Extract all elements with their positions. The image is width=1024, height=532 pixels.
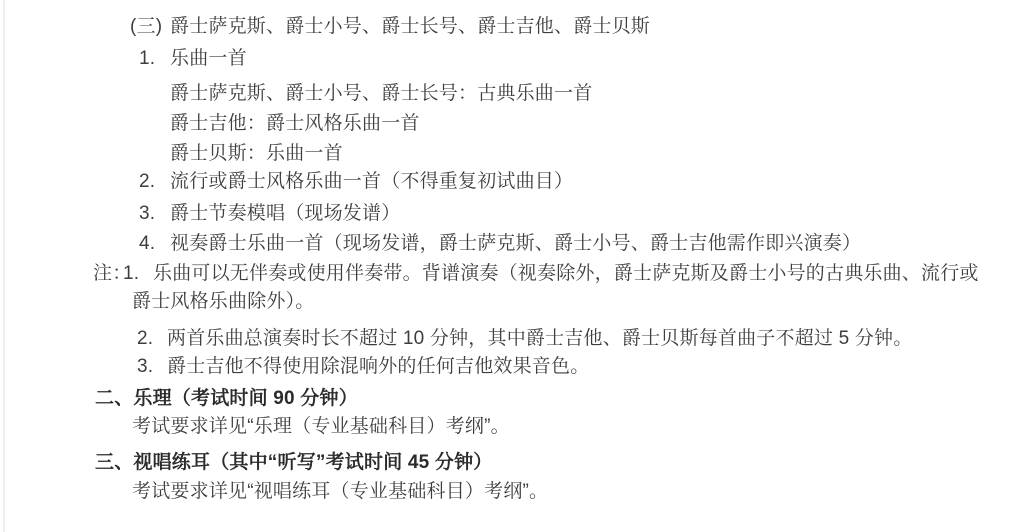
note-item-3: 3.爵士吉他不得使用除混响外的任何吉他效果音色。 bbox=[137, 355, 589, 378]
subsection-marker: (三) bbox=[130, 15, 170, 38]
list-item-4-text: 视奏爵士乐曲一首（现场发谱，爵士萨克斯、爵士小号、爵士吉他需作即兴演奏） bbox=[170, 233, 861, 254]
list-item-4: 4.视奏爵士乐曲一首（现场发谱，爵士萨克斯、爵士小号、爵士吉他需作即兴演奏） bbox=[139, 232, 861, 255]
note-item-2-text: 两首乐曲总演奏时长不超过 10 分钟，其中爵士吉他、爵士贝斯每首曲子不超过 5 … bbox=[167, 328, 912, 349]
note-item-2: 2.两首乐曲总演奏时长不超过 10 分钟，其中爵士吉他、爵士贝斯每首曲子不超过 … bbox=[137, 327, 912, 350]
section-body-theory: 考试要求详见“乐理（专业基础科目）考纲”。 bbox=[132, 415, 510, 438]
section-body-eartraining: 考试要求详见“视唱练耳（专业基础科目）考纲”。 bbox=[132, 480, 548, 503]
subsection-heading-text: 爵士萨克斯、爵士小号、爵士长号、爵士吉他、爵士贝斯 bbox=[170, 16, 650, 37]
document-page: (三)爵士萨克斯、爵士小号、爵士长号、爵士吉他、爵士贝斯 1.乐曲一首 爵士萨克… bbox=[0, 0, 1024, 532]
list-item-1-text: 乐曲一首 bbox=[170, 48, 247, 69]
note-item-1-marker: 1. bbox=[123, 262, 153, 285]
note-item-3-marker: 3. bbox=[137, 355, 167, 378]
list-item-2-text: 流行或爵士风格乐曲一首（不得重复初试曲目） bbox=[170, 171, 573, 192]
list-item-3-marker: 3. bbox=[139, 202, 170, 225]
list-item-1: 1.乐曲一首 bbox=[139, 47, 247, 70]
list-item-3-text: 爵士节奏模唱（现场发谱） bbox=[170, 203, 400, 224]
note-item-1-line-1: 注：1.乐曲可以无伴奏或使用伴奏带。背谱演奏（视奏除外，爵士萨克斯及爵士小号的古… bbox=[93, 262, 979, 285]
note-item-1-text: 乐曲可以无伴奏或使用伴奏带。背谱演奏（视奏除外，爵士萨克斯及爵士小号的古典乐曲、… bbox=[153, 263, 979, 284]
page-edge-line bbox=[3, 0, 5, 532]
subsection-heading-jazz-instruments: (三)爵士萨克斯、爵士小号、爵士长号、爵士吉他、爵士贝斯 bbox=[130, 15, 650, 38]
list-item-2: 2.流行或爵士风格乐曲一首（不得重复初试曲目） bbox=[139, 170, 573, 193]
section-heading-eartraining: 三、视唱练耳（其中“听写”考试时间 45 分钟） bbox=[95, 451, 493, 474]
list-item-1-sub-3: 爵士贝斯：乐曲一首 bbox=[170, 142, 343, 165]
note-item-1-line-2: 爵士风格乐曲除外）。 bbox=[132, 290, 315, 313]
list-item-1-sub-1: 爵士萨克斯、爵士小号、爵士长号：古典乐曲一首 bbox=[170, 82, 592, 105]
note-label: 注： bbox=[93, 262, 123, 285]
note-item-2-marker: 2. bbox=[137, 327, 167, 350]
note-item-3-text: 爵士吉他不得使用除混响外的任何吉他效果音色。 bbox=[167, 356, 589, 377]
list-item-1-sub-2: 爵士吉他：爵士风格乐曲一首 bbox=[170, 112, 420, 135]
list-item-3: 3.爵士节奏模唱（现场发谱） bbox=[139, 202, 400, 225]
list-item-2-marker: 2. bbox=[139, 170, 170, 193]
list-item-4-marker: 4. bbox=[139, 232, 170, 255]
list-item-1-marker: 1. bbox=[139, 47, 170, 70]
section-heading-theory: 二、乐理（考试时间 90 分钟） bbox=[95, 387, 358, 410]
